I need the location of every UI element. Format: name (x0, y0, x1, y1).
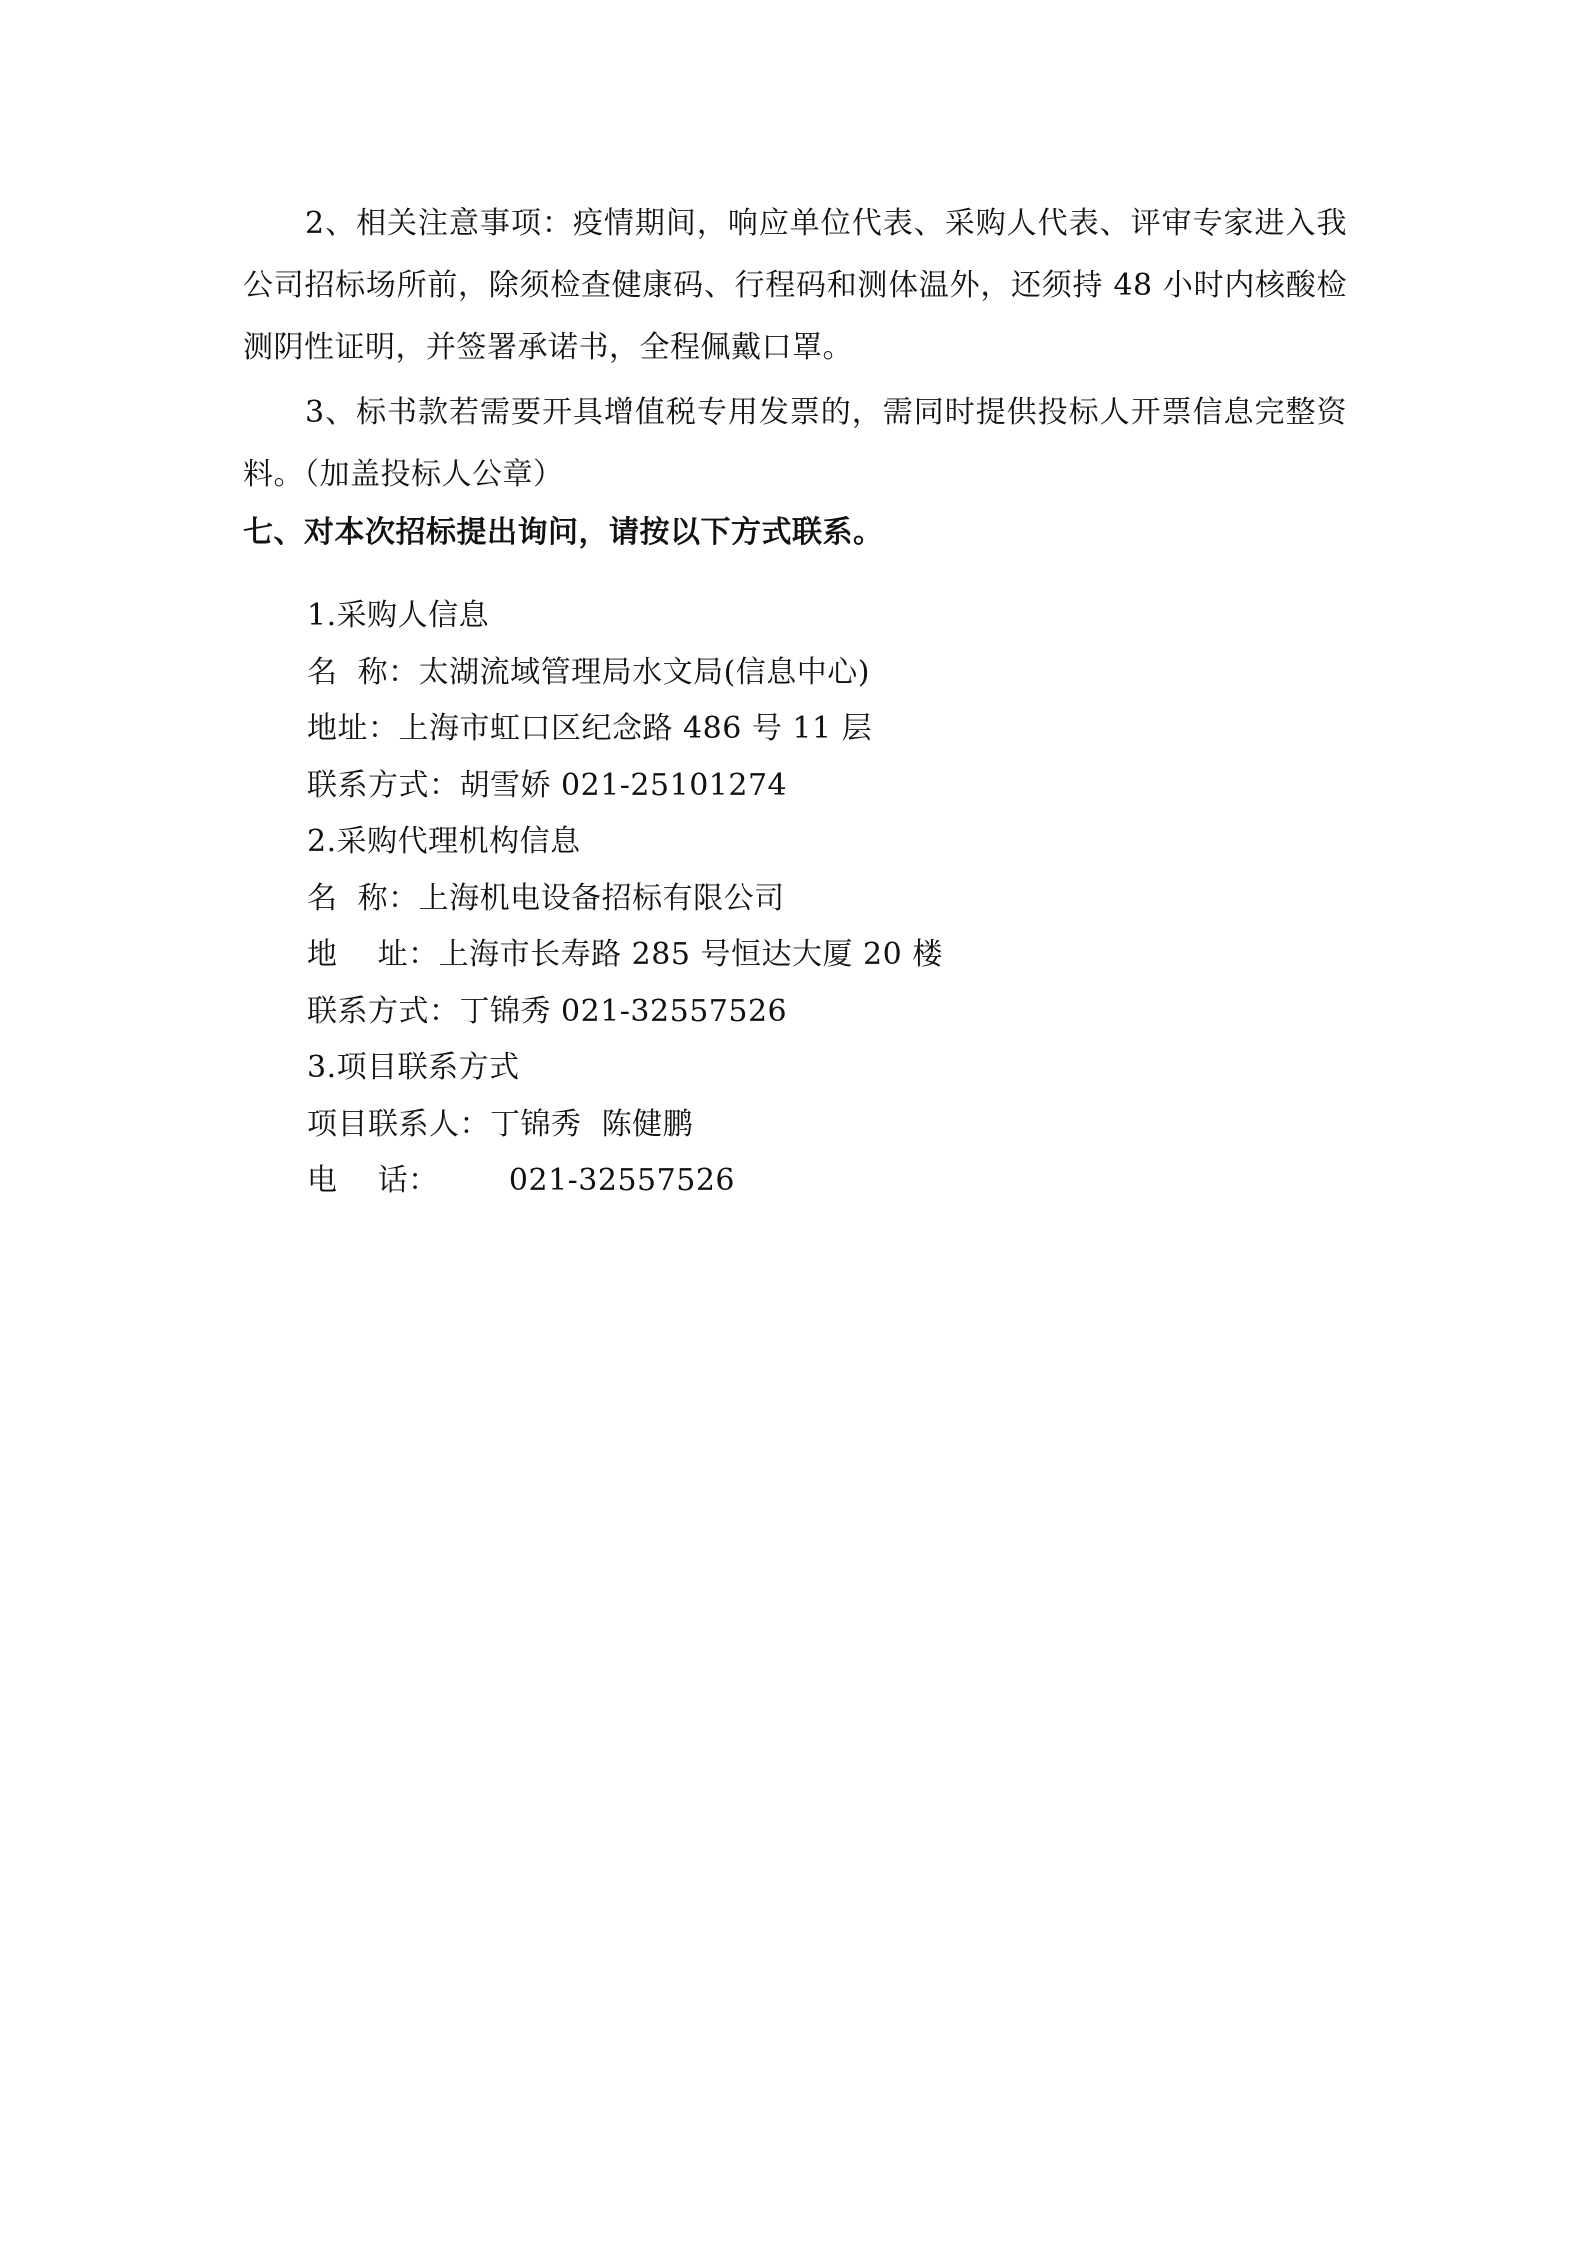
note-2-text: 相关注意事项：疫情期间，响应单位代表、采购人代表、评审专家进入我公司招标场所前，… (243, 206, 1347, 365)
contact-info-block: 1.采购人信息 名 称：太湖流域管理局水文局(信息中心) 地址：上海市虹口区纪念… (307, 588, 943, 1210)
note-2-number: 2、 (305, 206, 356, 241)
agency-address: 地 址：上海市长寿路 285 号恒达大厦 20 楼 (307, 927, 943, 984)
project-title: 3.项目联系方式 (307, 1040, 943, 1097)
project-contact-person: 项目联系人：丁锦秀 陈健鹏 (307, 1097, 943, 1154)
note-2-paragraph: 2、相关注意事项：疫情期间，响应单位代表、采购人代表、评审专家进入我公司招标场所… (243, 193, 1347, 379)
agency-name: 名 称：上海机电设备招标有限公司 (307, 871, 943, 928)
purchaser-name: 名 称：太湖流域管理局水文局(信息中心) (307, 645, 943, 702)
section-heading: 七、对本次招标提出询问，请按以下方式联系。 (243, 513, 884, 553)
project-phone: 电 话： 021-32557526 (307, 1153, 943, 1210)
purchaser-title: 1.采购人信息 (307, 588, 943, 645)
purchaser-address: 地址：上海市虹口区纪念路 486 号 11 层 (307, 701, 943, 758)
note-3-paragraph: 3、标书款若需要开具增值税专用发票的，需同时提供投标人开票信息完整资料。（加盖投… (243, 382, 1347, 506)
purchaser-contact: 联系方式：胡雪娇 021-25101274 (307, 758, 943, 815)
note-3-number: 3、 (305, 395, 356, 430)
note-3-text: 标书款若需要开具增值税专用发票的，需同时提供投标人开票信息完整资料。（加盖投标人… (243, 395, 1347, 492)
agency-title: 2.采购代理机构信息 (307, 814, 943, 871)
document-page: 2、相关注意事项：疫情期间，响应单位代表、采购人代表、评审专家进入我公司招标场所… (0, 0, 1587, 2245)
agency-contact: 联系方式：丁锦秀 021-32557526 (307, 984, 943, 1041)
